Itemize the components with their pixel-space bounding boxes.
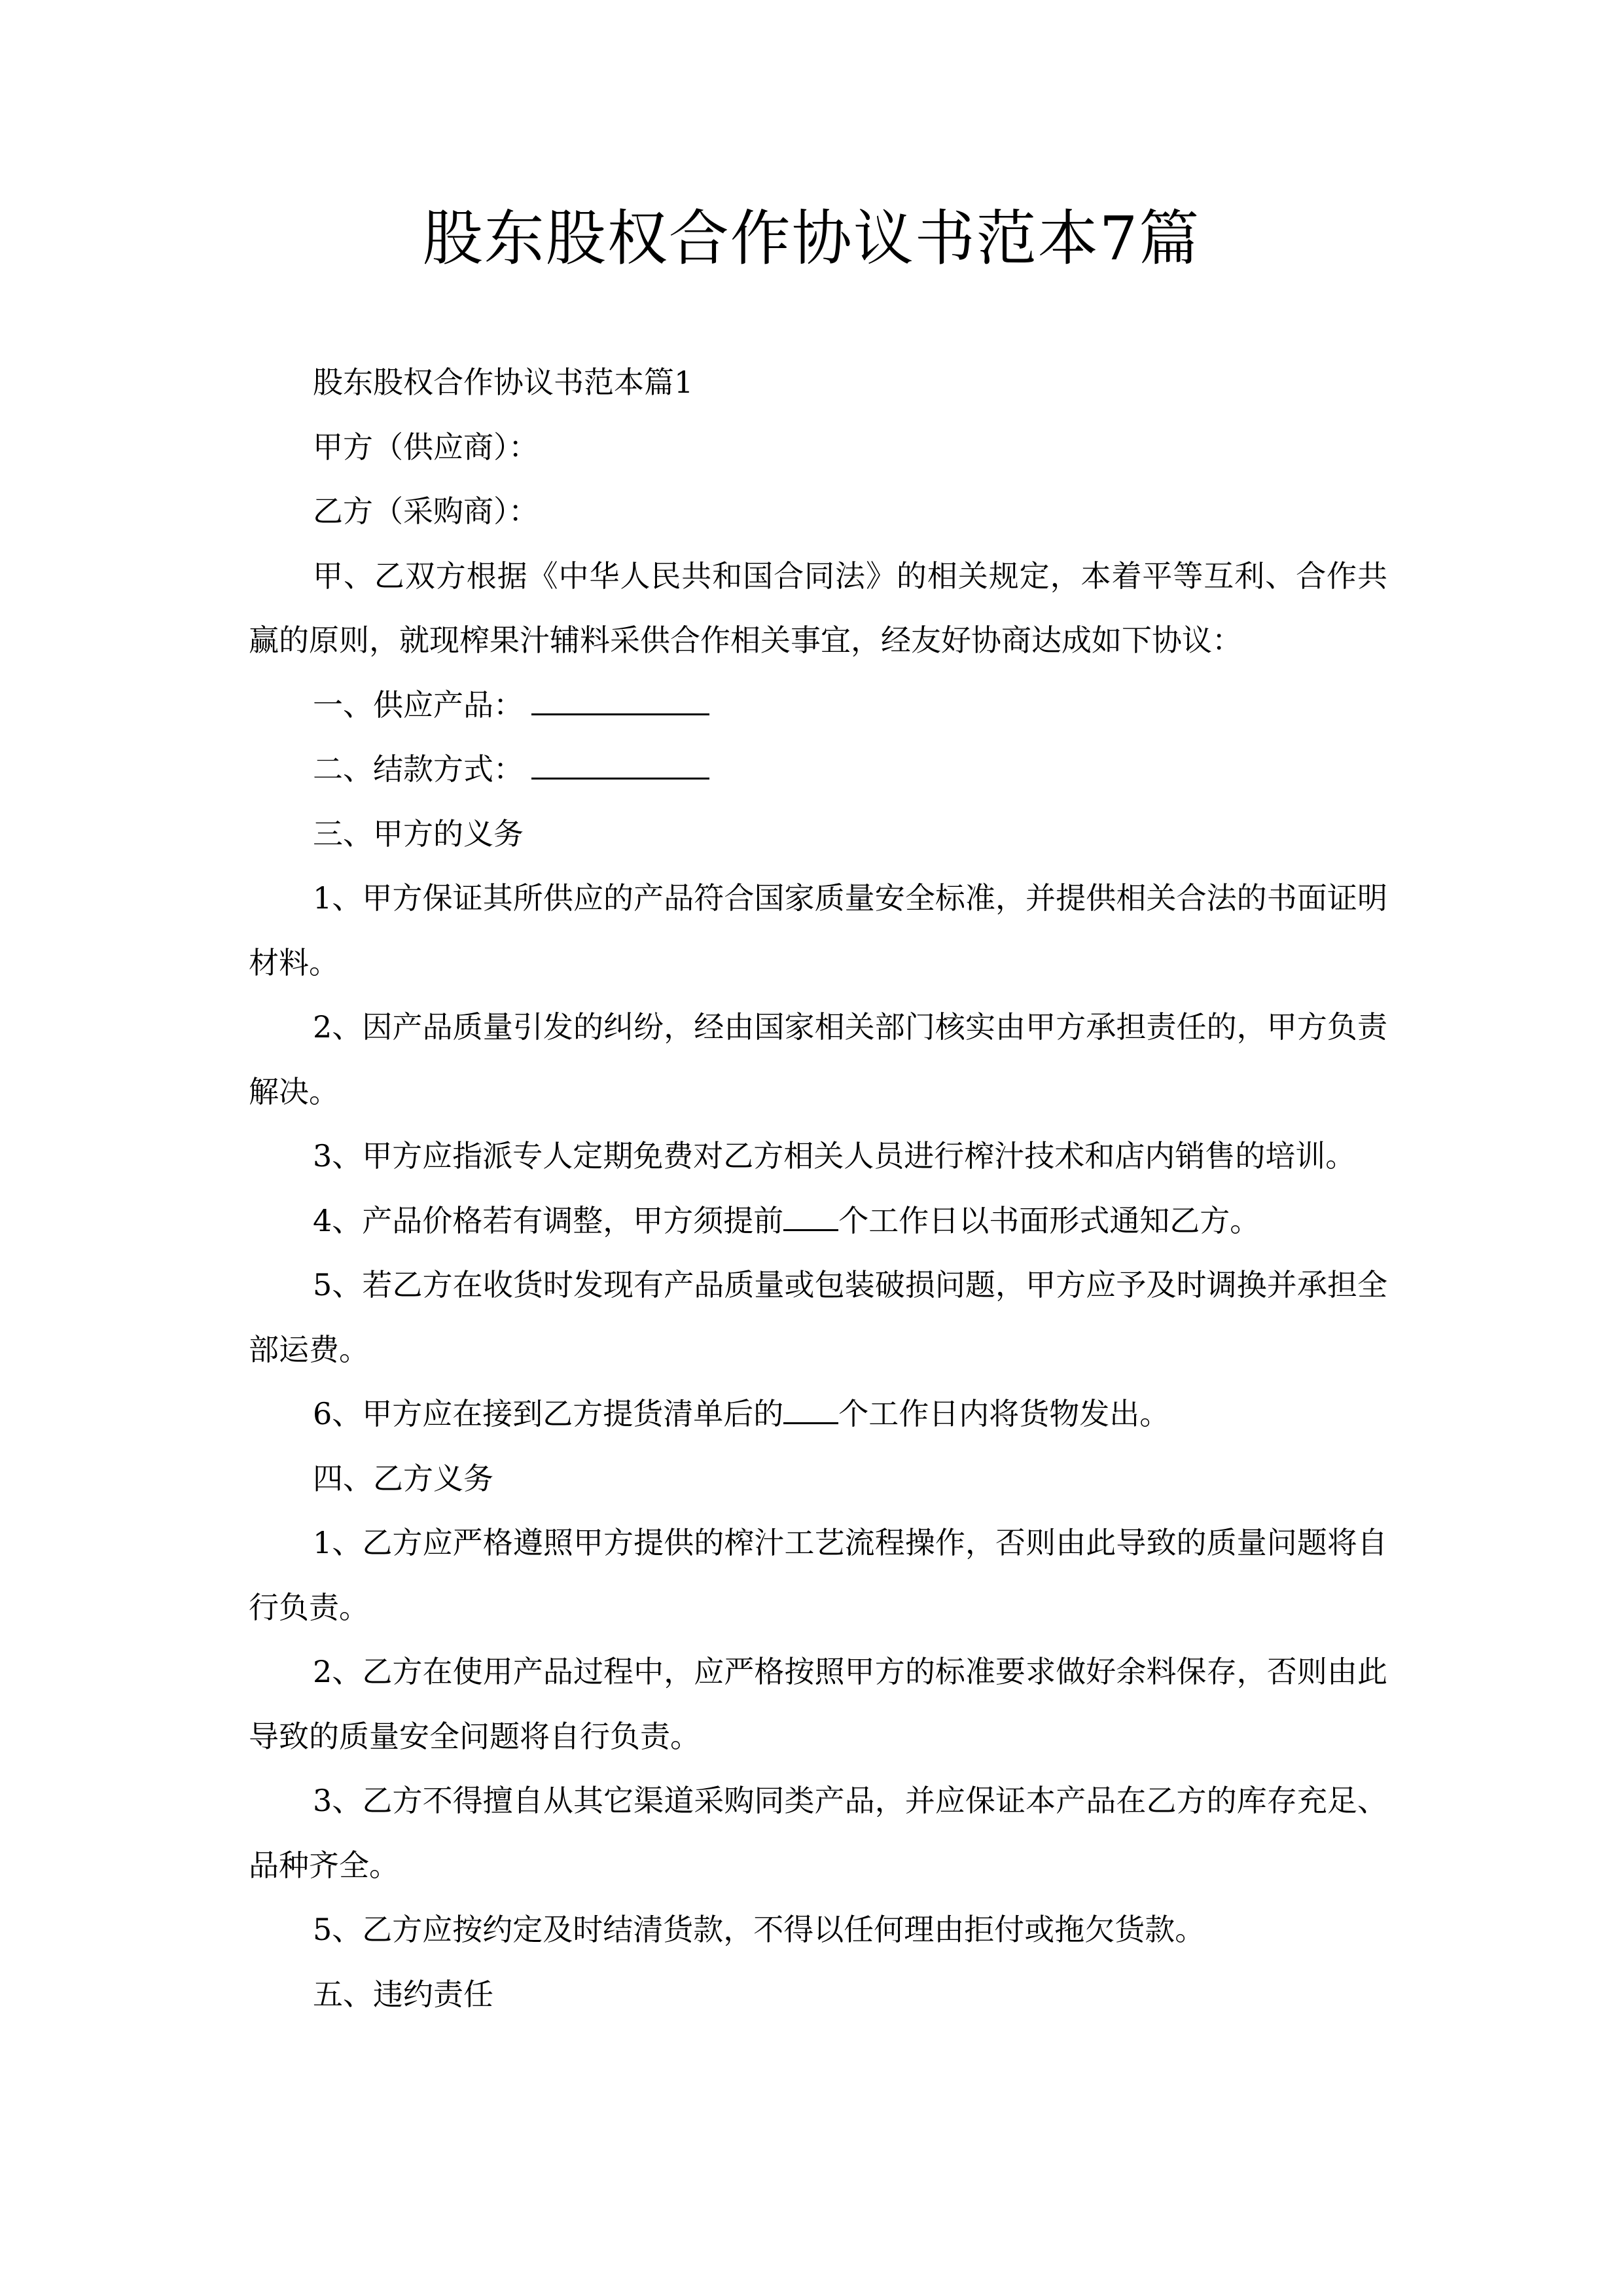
supply-product-blank	[531, 685, 709, 715]
payment-method-blank	[531, 749, 709, 780]
intro-paragraph: 甲、乙双方根据《中华人民共和国合同法》的相关规定，本着平等互利、合作共赢的原则，…	[249, 544, 1387, 673]
payment-method-label: 二、结款方式：	[313, 751, 524, 787]
section-heading: 股东股权合作协议书范本篇1	[249, 350, 1387, 415]
document-page: 股东股权合作协议书范本7篇 股东股权合作协议书范本篇1 甲方（供应商）： 乙方（…	[0, 0, 1623, 2296]
party-b-duties-heading: 四、乙方义务	[249, 1446, 1387, 1511]
duty6-text-before: 6、甲方应在接到乙方提货清单后的	[313, 1396, 783, 1431]
party-b-duty: 5、乙方应按约定及时结清货款，不得以任何理由拒付或拖欠货款。	[249, 1897, 1387, 1962]
party-a-duty: 3、甲方应指派专人定期免费对乙方相关人员进行榨汁技术和店内销售的培训。	[249, 1124, 1387, 1189]
party-a-duty: 4、产品价格若有调整，甲方须提前个工作日以书面形式通知乙方。	[249, 1189, 1387, 1253]
days-blank	[783, 1200, 838, 1231]
document-title: 股东股权合作协议书范本7篇	[0, 196, 1623, 281]
party-a-duty: 1、甲方保证其所供应的产品符合国家质量安全标准，并提供相关合法的书面证明材料。	[249, 866, 1387, 995]
payment-method-line: 二、结款方式：	[249, 737, 1387, 802]
liability-heading: 五、违约责任	[249, 1962, 1387, 2027]
party-a-duty: 6、甲方应在接到乙方提货清单后的个工作日内将货物发出。	[249, 1382, 1387, 1446]
supply-product-line: 一、供应产品：	[249, 673, 1387, 738]
duty6-text-after: 个工作日内将货物发出。	[838, 1396, 1169, 1431]
party-b-duty: 2、乙方在使用产品过程中，应严格按照甲方的标准要求做好余料保存，否则由此导致的质…	[249, 1640, 1387, 1768]
party-a-duty: 2、因产品质量引发的纠纷，经由国家相关部门核实由甲方承担责任的，甲方负责解决。	[249, 995, 1387, 1124]
duty4-text-after: 个工作日以书面形式通知乙方。	[838, 1203, 1260, 1238]
party-b-duty: 1、乙方应严格遵照甲方提供的榨汁工艺流程操作，否则由此导致的质量问题将自行负责。	[249, 1511, 1387, 1640]
document-body: 股东股权合作协议书范本篇1 甲方（供应商）： 乙方（采购商）： 甲、乙双方根据《…	[249, 350, 1387, 2026]
party-b-duty: 3、乙方不得擅自从其它渠道采购同类产品，并应保证本产品在乙方的库存充足、品种齐全…	[249, 1768, 1387, 1897]
party-a-line: 甲方（供应商）：	[249, 415, 1387, 480]
supply-product-label: 一、供应产品：	[313, 687, 524, 723]
duty4-text-before: 4、产品价格若有调整，甲方须提前	[313, 1203, 783, 1238]
party-a-duties-heading: 三、甲方的义务	[249, 802, 1387, 867]
party-a-duty: 5、若乙方在收货时发现有产品质量或包装破损问题，甲方应予及时调换并承担全部运费。	[249, 1253, 1387, 1382]
party-b-line: 乙方（采购商）：	[249, 479, 1387, 544]
days-blank	[783, 1393, 838, 1424]
